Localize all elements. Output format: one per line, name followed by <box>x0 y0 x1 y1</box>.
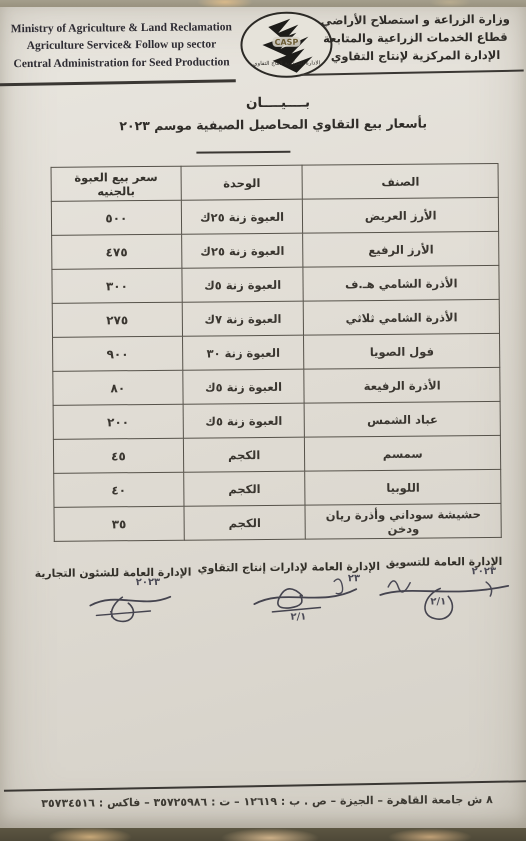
letterhead-arabic: وزارة الزراعة و استصلاح الأراضي قطاع الخ… <box>315 11 515 66</box>
unit-cell: العبوة زنة ٢٥ك <box>181 199 303 234</box>
table-row: الأذرة الرفيعة العبوة زنة ٥ك ٨٠ <box>53 367 500 405</box>
table-row: اللوبيا الكجم ٤٠ <box>54 469 501 507</box>
title-underline <box>196 151 290 153</box>
unit-cell: العبوة زنة ٥ك <box>183 369 305 404</box>
footer-rule <box>4 780 526 792</box>
letterhead-english: Ministry of Agriculture & Land Reclamati… <box>3 19 239 73</box>
unit-cell: الكجم <box>183 437 305 472</box>
letterhead-english-line: Ministry of Agriculture & Land Reclamati… <box>3 19 239 38</box>
seed-price-table: الصنف الوحدة سعر بيع العبوة بالجنيه الأر… <box>51 163 502 542</box>
item-cell: الأذرة الشامي ثلاثي <box>304 299 500 335</box>
price-cell: ٣٥ <box>54 506 184 541</box>
document-subtitle: بأسعار بيع التقاوي المحاصيل الصيفية موسم… <box>93 115 453 133</box>
table-row: حشيشة سوداني وأذرة ريان ودخن الكجم ٣٥ <box>54 503 501 541</box>
letterhead-english-line: Agriculture Service& Follow up sector <box>3 36 239 55</box>
letterhead-english-line: Central Administration for Seed Producti… <box>4 54 240 73</box>
signature-scribble: ٢٠٢٣ ١ <box>30 579 196 638</box>
col-header-unit: الوحدة <box>181 165 303 200</box>
item-cell: الأذرة الشامي هـ.ف <box>303 265 499 301</box>
table-row: عباد الشمس العبوة زنة ٥ك ٢٠٠ <box>53 401 500 439</box>
signature-handwritten-date: ٢٠٢٣ <box>472 566 497 577</box>
item-cell: فول الصويا <box>304 333 500 369</box>
price-cell: ٩٠٠ <box>53 336 183 371</box>
item-cell: سمسم <box>305 435 501 471</box>
unit-cell: العبوة زنة ٥ك <box>182 267 304 302</box>
table-row: الأرز العريض العبوة زنة ٢٥ك ٥٠٠ <box>51 197 498 235</box>
unit-cell: الكجم <box>183 471 305 506</box>
signature-block-marketing: الإدارة العامة للتسويق ٢٠٢٣ ٢/١ <box>374 555 515 627</box>
table-row: الأذرة الشامي هـ.ف العبوة زنة ٥ك ٣٠٠ <box>52 265 499 303</box>
footer-address: ٨ ش جامعة القاهرة – الجيزة – ص . ب : ١٢٦… <box>4 793 526 811</box>
price-cell: ٥٠٠ <box>51 200 181 235</box>
document-title: بــــيــــان <box>148 94 408 112</box>
table-row: سمسم الكجم ٤٥ <box>53 435 500 473</box>
unit-cell: العبوة زنة ٣٠ <box>182 335 304 370</box>
unit-cell: العبوة زنة ٧ك <box>182 301 304 336</box>
price-cell: ٢٠٠ <box>53 404 183 439</box>
signature-block-commercial-affairs: الإدارة العامة للشئون التجارية ٢٠٢٣ ١ <box>30 566 197 638</box>
signature-handwritten-date: ٢٣ <box>348 573 360 584</box>
item-cell: حشيشة سوداني وأذرة ريان ودخن <box>305 503 501 539</box>
price-cell: ٤٧٥ <box>52 234 182 269</box>
item-cell: اللوبيا <box>305 469 501 505</box>
casp-logo-subtext: الادارة المركزية لانتاج التقاوي <box>253 59 320 67</box>
col-header-item: الصنف <box>303 163 499 199</box>
unit-cell: العبوة زنة ٢٥ك <box>181 233 303 268</box>
photographed-document: { "header": { "english_lines": [ "Minist… <box>0 0 526 841</box>
item-cell: الأذرة الرفيعة <box>304 367 500 403</box>
price-cell: ٤٠ <box>54 472 184 507</box>
unit-cell: الكجم <box>184 505 306 540</box>
col-header-price: سعر بيع العبوة بالجنيه <box>51 166 181 201</box>
signature-handwritten-number: ٢/١ <box>430 596 446 607</box>
signature-handwritten-number: ١ <box>108 609 114 620</box>
signature-scribble: ٢٠٢٣ ٢/١ <box>374 568 515 627</box>
item-cell: الأرز الرفيع <box>303 231 499 267</box>
table-row: الأرز الرفيع العبوة زنة ٢٥ك ٤٧٥ <box>52 231 499 269</box>
table-row: فول الصويا العبوة زنة ٣٠ ٩٠٠ <box>53 333 500 371</box>
signature-handwritten-number: ٢/١ <box>290 612 306 623</box>
casp-logo-text: CASP <box>275 38 299 47</box>
table-header-row: الصنف الوحدة سعر بيع العبوة بالجنيه <box>51 163 498 201</box>
letterhead-rule-left <box>0 79 236 86</box>
price-cell: ٢٧٥ <box>52 302 182 337</box>
letterhead-arabic-line: قطاع الخدمات الزراعية والمتابعة <box>315 29 515 49</box>
item-cell: عباد الشمس <box>305 401 501 437</box>
price-cell: ٣٠٠ <box>52 268 182 303</box>
document-content: Ministry of Agriculture & Land Reclamati… <box>0 5 526 831</box>
unit-cell: العبوة زنة ٥ك <box>183 403 305 438</box>
signature-handwritten-date: ٢٠٢٣ <box>136 577 161 588</box>
letterhead-arabic-line: وزارة الزراعة و استصلاح الأراضي <box>315 11 515 31</box>
paper-sheet: Ministry of Agriculture & Land Reclamati… <box>0 7 526 828</box>
letterhead-arabic-line: الإدارة المركزية لإنتاج التقاوي <box>315 46 515 66</box>
price-cell: ٨٠ <box>53 370 183 405</box>
table-row: الأذرة الشامي ثلاثي العبوة زنة ٧ك ٢٧٥ <box>52 299 499 337</box>
price-cell: ٤٥ <box>53 438 183 473</box>
signature-scribble: ٢٣ ٢/١ <box>224 573 381 632</box>
item-cell: الأرز العريض <box>303 197 499 233</box>
signature-block-seed-production: الإدارة العامة لإدارات إنتاج التقاوي ٢٣ … <box>224 560 381 632</box>
